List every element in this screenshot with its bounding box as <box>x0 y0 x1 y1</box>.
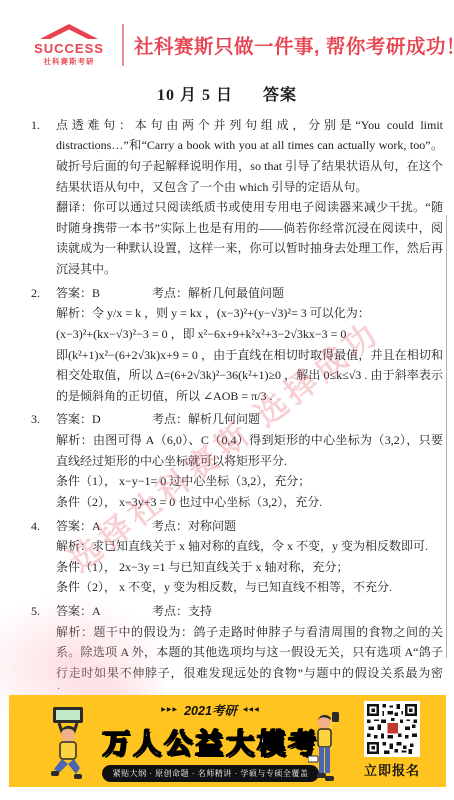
question-paragraph: 条件（1）， x−y−1= 0 过中心坐标（3,2），充分； <box>56 471 443 492</box>
question-paragraph: 解析：由图可得 A（6,0）、C（0,4）得到矩形的中心坐标为（3,2），只要直… <box>56 430 443 471</box>
question-paragraph: 即(k²+1)x²−(6+2√3k)x+9 = 0 ，由于直线在相切时取得最值，… <box>56 345 443 407</box>
question-paragraph: 条件（2）， x 不变，y 变为相反数，与已知直线不相等，不充分. <box>56 577 443 598</box>
question-number: 5. <box>31 601 40 622</box>
promo-banner[interactable]: ▶▶▶ 2021考研 ◀◀◀ 万人公益大模考 紧贴大纲 · 原创命题 · 名师精… <box>9 695 446 787</box>
topic-value: 考点：解析几何问题 <box>152 409 260 430</box>
page-title: 10 月 5 日答案 <box>0 82 454 105</box>
question-paragraph: 解析：令 y/x = k ，则 y = kx ，(x−3)²+(y−√3)²= … <box>56 303 443 324</box>
qr-code[interactable] <box>364 701 420 757</box>
answer-value: 答案：A <box>56 516 152 537</box>
question-paragraph: 条件（1）， 2x−3y =1 与已知直线关于 x 轴对称，充分； <box>56 557 443 578</box>
question-item: 5. 答案：A 考点：支持 解析：题干中的假设为：鸽子走路时伸脖子与看清周围的食… <box>30 601 443 689</box>
title-date: 10 月 5 日 <box>157 87 233 104</box>
question-item: 2. 答案：B 考点：解析几何最值问题 解析：令 y/x = k ，则 y = … <box>30 283 443 407</box>
answer-value: 答案：A <box>56 601 152 622</box>
topic-value: 考点：支持 <box>152 601 212 622</box>
answer-row: 答案：A 考点：支持 <box>56 601 443 622</box>
answer-row: 答案：A 考点：对称问题 <box>56 516 443 537</box>
answer-row: 答案：B 考点：解析几何最值问题 <box>56 283 443 304</box>
question-body: 解析：题干中的假设为：鸽子走路时伸脖子与看清周围的食物之间的关系。除选项 A 外… <box>56 622 443 689</box>
answers-list: 1. 点透难句：本句由两个并列句组成，分别是“You could limit d… <box>0 105 454 689</box>
banner-kicker-text: 2021考研 <box>184 701 237 719</box>
question-paragraph: (x−3)²+(kx−√3)²−3 = 0 ，即 x²−6x+9+k²x²+3−… <box>56 324 443 345</box>
roof-icon <box>40 24 98 42</box>
header: SUCCESS 社科赛斯考研 社科赛斯只做一件事, 帮你考研成功！ <box>0 0 454 67</box>
brand-name: SUCCESS <box>26 42 112 56</box>
topic-value: 考点：解析几何最值问题 <box>152 283 284 304</box>
question-paragraph: 点透难句：本句由两个并列句组成，分别是“You could limit dist… <box>56 115 443 198</box>
banner-main: ▶▶▶ 2021考研 ◀◀◀ 万人公益大模考 紧贴大纲 · 原创命题 · 名师精… <box>87 695 334 787</box>
qr-zone: 立即报名 <box>350 701 434 779</box>
header-divider <box>122 24 124 66</box>
standing-student-illustration <box>308 712 342 784</box>
header-slogan: 社科赛斯只做一件事, 帮你考研成功！ <box>134 31 454 59</box>
question-number: 1. <box>31 115 40 136</box>
answer-value: 答案：D <box>56 409 152 430</box>
question-body: 点透难句：本句由两个并列句组成，分别是“You could limit dist… <box>56 115 443 280</box>
banner-title: 万人公益大模考 <box>102 722 319 762</box>
jumping-student-illustration <box>43 705 91 783</box>
page: SUCCESS 社科赛斯考研 社科赛斯只做一件事, 帮你考研成功！ 10 月 5… <box>0 0 454 800</box>
answer-row: 答案：D 考点：解析几何问题 <box>56 409 443 430</box>
question-body: 解析：由图可得 A（6,0）、C（0,4）得到矩形的中心坐标为（3,2），只要直… <box>56 430 443 513</box>
question-paragraph: 解析：求已知直线关于 x 轴对称的直线，令 x 不变，y 变为相反数即可. <box>56 536 443 557</box>
question-number: 3. <box>31 409 40 430</box>
banner-kicker: ▶▶▶ 2021考研 ◀◀◀ <box>161 701 260 719</box>
brand-logo: SUCCESS 社科赛斯考研 <box>26 24 112 67</box>
question-item: 1. 点透难句：本句由两个并列句组成，分别是“You could limit d… <box>30 115 443 280</box>
arrows-left-icon: ◀◀◀ <box>243 706 260 713</box>
brand-subtitle: 社科赛斯考研 <box>26 56 112 67</box>
title-label: 答案 <box>263 87 297 104</box>
question-item: 3. 答案：D 考点：解析几何问题 解析：由图可得 A（6,0）、C（0,4）得… <box>30 409 443 512</box>
signup-cta[interactable]: 立即报名 <box>350 760 434 779</box>
question-number: 2. <box>31 283 40 304</box>
question-body: 解析：令 y/x = k ，则 y = kx ，(x−3)²+(y−√3)²= … <box>56 303 443 406</box>
question-paragraph: 条件（2）， x−3y+3 = 0 也过中心坐标（3,2），充分. <box>56 492 443 513</box>
banner-features: 紧贴大纲 · 原创命题 · 名师精讲 · 学硕与专硕全覆盖 <box>102 765 320 782</box>
question-number: 4. <box>31 516 40 537</box>
topic-value: 考点：对称问题 <box>152 516 236 537</box>
qr-pattern <box>367 704 417 754</box>
question-item: 4. 答案：A 考点：对称问题 解析：求已知直线关于 x 轴对称的直线，令 x … <box>30 516 443 599</box>
arrows-right-icon: ▶▶▶ <box>161 706 178 713</box>
answer-value: 答案：B <box>56 283 152 304</box>
question-paragraph: 解析：题干中的假设为：鸽子走路时伸脖子与看清周围的食物之间的关系。除选项 A 外… <box>56 622 443 689</box>
question-body: 解析：求已知直线关于 x 轴对称的直线，令 x 不变，y 变为相反数即可.条件（… <box>56 536 443 598</box>
question-paragraph: 翻译：你可以通过只阅读纸质书或使用专用电子阅读器来减少干扰。“随时随身携带一本书… <box>56 197 443 280</box>
